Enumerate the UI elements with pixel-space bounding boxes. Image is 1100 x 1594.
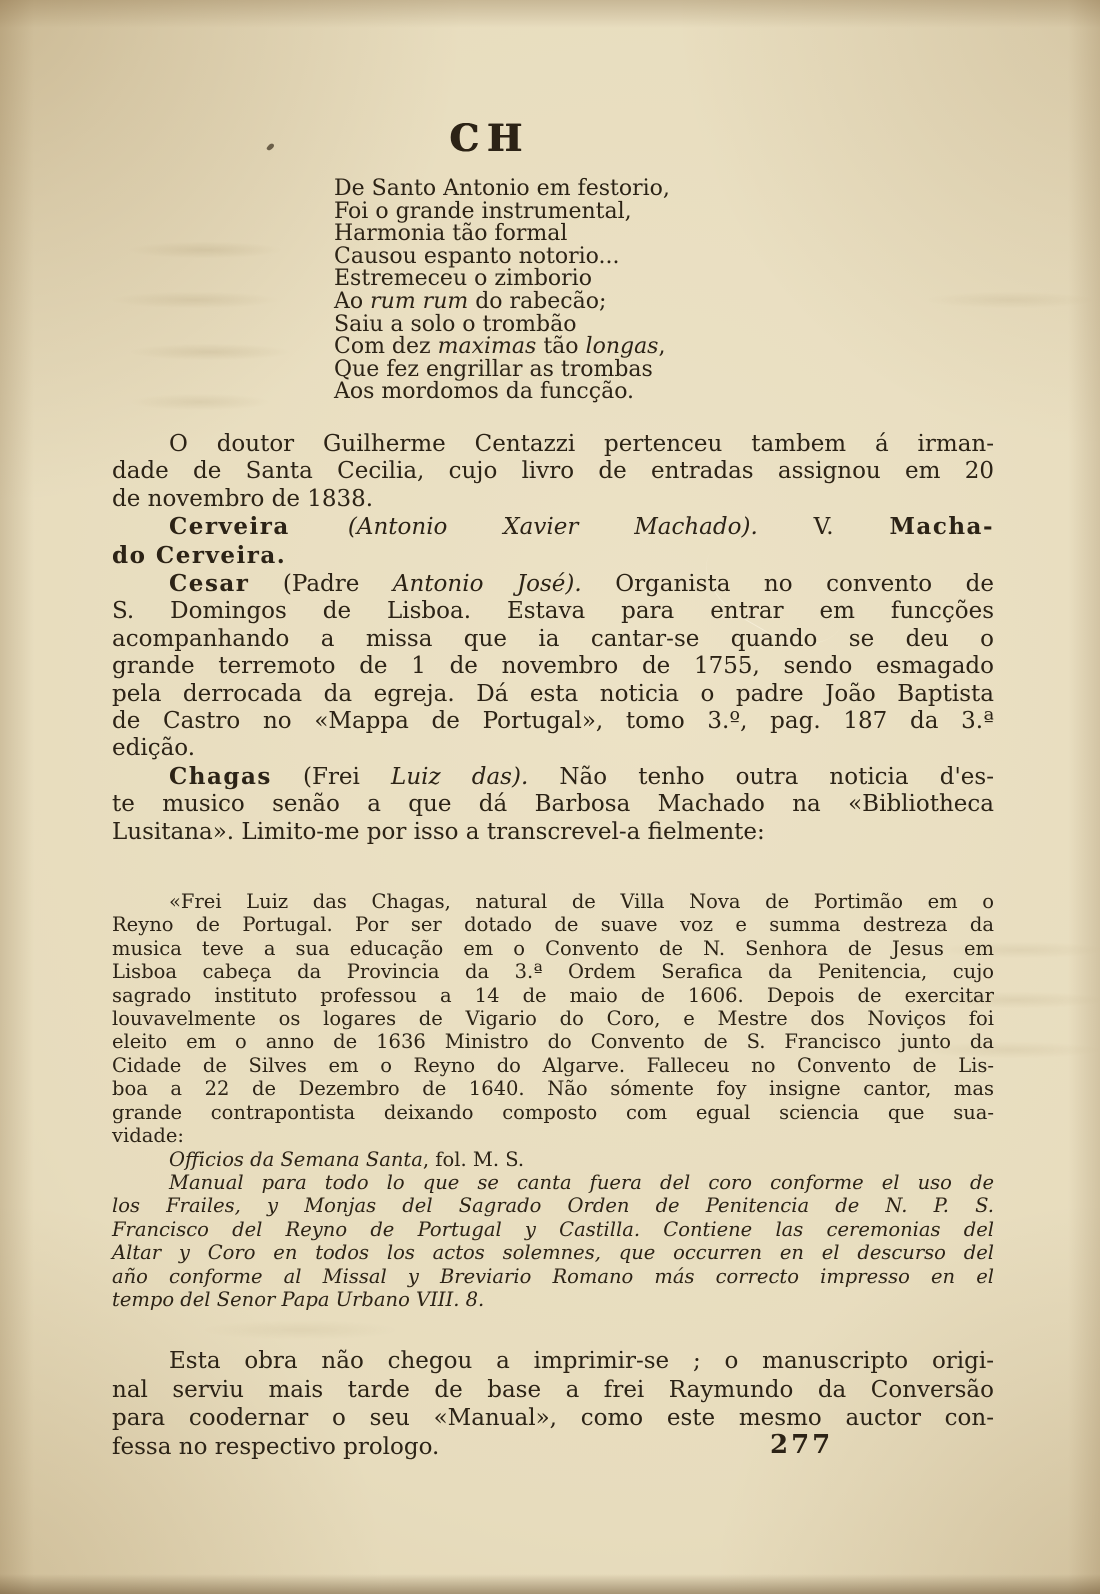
text-blocks: De Santo Antonio em festorio,Foi o grand… xyxy=(112,172,994,1461)
text-line: Altar y Coro en todos los actos solemnes… xyxy=(112,1241,994,1264)
text-run: Causou espanto notorio... xyxy=(334,244,619,269)
text-line: Com dez maximas tão longas, xyxy=(334,336,994,359)
text-run: fessa no respectivo prologo. xyxy=(112,1434,439,1460)
text-line: Lisboa cabeça da Provincia da 3.ª Ordem … xyxy=(112,960,994,983)
text-run: Macha- xyxy=(889,513,994,540)
text-line: «Frei Luiz das Chagas, natural de Villa … xyxy=(112,890,994,913)
text-run: Altar y Coro en todos los actos solemnes… xyxy=(112,1241,994,1264)
text-run: «Frei Luiz das Chagas, natural de Villa … xyxy=(169,890,994,913)
text-line: Officios da Semana Santa, fol. M. S. xyxy=(112,1148,994,1171)
text-line: Foi o grande instrumental, xyxy=(334,201,994,224)
text-run: tão xyxy=(536,334,585,359)
text-run: , xyxy=(658,334,665,359)
text-line: año conforme al Missal y Breviario Roman… xyxy=(112,1265,994,1288)
text-line: grande contrapontista deixando composto … xyxy=(112,1101,994,1124)
text-line: vidade: xyxy=(112,1124,994,1147)
text-run: boa a 22 de Dezembro de 1640. Não sóment… xyxy=(112,1077,994,1100)
text-run: pela derrocada da egreja. Dá esta notici… xyxy=(112,681,994,707)
text-line: Harmonia tão formal xyxy=(334,223,994,246)
text-run: los Frailes, y Monjas del Sagrado Orden … xyxy=(112,1194,994,1217)
text-run: do Cerveira. xyxy=(112,542,286,569)
text-run: Reyno de Portugal. Por ser dotado de sua… xyxy=(112,913,994,936)
text-line: Cidade de Silves em o Reyno do Algarve. … xyxy=(112,1054,994,1077)
text-line: eleito em o anno de 1636 Ministro do Con… xyxy=(112,1030,994,1053)
page-number: 277 xyxy=(770,1430,833,1460)
text-run: Esta obra não chegou a imprimir-se ; o m… xyxy=(169,1348,994,1374)
text-run: Estremeceu o zimborio xyxy=(334,266,592,291)
text-run: longas xyxy=(586,334,659,359)
text-run: nal serviu mais tarde de base a frei Ray… xyxy=(112,1377,994,1403)
text-run: Cerveira xyxy=(169,513,348,540)
text-run: Francisco del Reyno de Portugal y Castil… xyxy=(112,1218,994,1241)
text-run: Foi o grande instrumental, xyxy=(334,199,632,224)
text-line: Francisco del Reyno de Portugal y Castil… xyxy=(112,1218,994,1241)
text-line: Ao rum rum do rabecão; xyxy=(334,291,994,314)
text-run: maximas xyxy=(438,334,537,359)
text-run: S. Domingos de Lisboa. Estava para entra… xyxy=(112,598,994,624)
text-line: boa a 22 de Dezembro de 1640. Não sóment… xyxy=(112,1077,994,1100)
poem-verse: De Santo Antonio em festorio,Foi o grand… xyxy=(334,178,994,404)
text-line: dade de Santa Cecilia, cujo livro de ent… xyxy=(112,458,994,485)
text-run: Que fez engrillar as trombas xyxy=(334,357,653,382)
text-line: acompanhando a missa que ia cantar-se qu… xyxy=(112,626,994,653)
text-line: nal serviu mais tarde de base a frei Ray… xyxy=(112,1376,994,1405)
text-run: Antonio José). xyxy=(393,571,582,597)
text-run: (Frei xyxy=(272,764,391,790)
text-line: Reyno de Portugal. Por ser dotado de sua… xyxy=(112,913,994,936)
text-line: fessa no respectivo prologo. xyxy=(112,1433,994,1462)
entry-cesar: Cesar (Padre Antonio José). Organista no… xyxy=(112,570,994,763)
text-run: Saiu a solo o trombão xyxy=(334,312,576,337)
text-run: Cesar xyxy=(169,570,249,597)
entry-chagas: Chagas (Frei Luiz das). Não tenho outra … xyxy=(112,763,994,846)
text-run: Manual para todo lo que se canta fuera d… xyxy=(169,1171,994,1194)
text-run: acompanhando a missa que ia cantar-se qu… xyxy=(112,626,994,652)
text-run: Aos mordomos da funcção. xyxy=(334,379,634,404)
text-run: Harmonia tão formal xyxy=(334,221,567,246)
text-run: Chagas xyxy=(169,763,272,790)
text-run: te musico senão a que dá Barbosa Machado… xyxy=(112,791,994,817)
text-run: eleito em o anno de 1636 Ministro do Con… xyxy=(112,1030,994,1053)
text-line: Estremeceu o zimborio xyxy=(334,268,994,291)
text-run: Officios da Semana Santa xyxy=(169,1148,423,1171)
text-run: Organista no convento de xyxy=(582,571,994,597)
text-line: sagrado instituto professou a 14 de maio… xyxy=(112,984,994,1007)
text-run: Ao xyxy=(334,289,370,314)
text-run: Cidade de Silves em o Reyno do Algarve. … xyxy=(112,1054,994,1077)
text-run: grande terremoto de 1 de novembro de 175… xyxy=(112,653,994,679)
text-run: , fol. M. S. xyxy=(423,1148,524,1171)
text-run: (Padre xyxy=(249,571,392,597)
text-run: sagrado instituto professou a 14 de maio… xyxy=(112,984,994,1007)
text-run: (Antonio Xavier Machado). xyxy=(348,514,758,540)
text-run: para coodernar o seu «Manual», como este… xyxy=(112,1405,994,1431)
text-run: De Santo Antonio em festorio, xyxy=(334,176,670,201)
works-manual: Manual para todo lo que se canta fuera d… xyxy=(112,1171,994,1311)
text-run: dade de Santa Cecilia, cujo livro de ent… xyxy=(112,458,994,484)
text-run: louvavelmente os logares de Vigario do C… xyxy=(112,1007,994,1030)
text-line: Manual para todo lo que se canta fuera d… xyxy=(112,1171,994,1194)
text-line: te musico senão a que dá Barbosa Machado… xyxy=(112,791,994,818)
paragraph-conclusion: Esta obra não chegou a imprimir-se ; o m… xyxy=(112,1347,994,1461)
text-run: Com dez xyxy=(334,334,438,359)
text-run: O doutor Guilherme Centazzi pertenceu ta… xyxy=(169,431,994,457)
text-line: Chagas (Frei Luiz das). Não tenho outra … xyxy=(112,763,994,791)
text-line: tempo del Senor Papa Urbano VIII. 8. xyxy=(112,1288,994,1311)
text-line: S. Domingos de Lisboa. Estava para entra… xyxy=(112,598,994,625)
text-run: edição. xyxy=(112,735,195,761)
text-line: pela derrocada da egreja. Dá esta notici… xyxy=(112,681,994,708)
text-line: Lusitana». Limito-me por isso a transcre… xyxy=(112,819,994,846)
text-run: do rabecão; xyxy=(468,289,606,314)
text-line: O doutor Guilherme Centazzi pertenceu ta… xyxy=(112,431,994,458)
works-officios: Officios da Semana Santa, fol. M. S. xyxy=(112,1148,994,1171)
text-run: tempo del Senor Papa Urbano VIII. 8. xyxy=(112,1288,484,1311)
text-line: para coodernar o seu «Manual», como este… xyxy=(112,1404,994,1433)
text-line: grande terremoto de 1 de novembro de 175… xyxy=(112,653,994,680)
text-line: Esta obra não chegou a imprimir-se ; o m… xyxy=(112,1347,994,1376)
text-run: Luiz das). xyxy=(391,764,528,790)
text-run: vidade: xyxy=(112,1124,184,1147)
text-line: Cerveira (Antonio Xavier Machado). V. Ma… xyxy=(112,513,994,541)
text-run: grande contrapontista deixando composto … xyxy=(112,1101,994,1124)
text-line: edição. xyxy=(112,735,994,762)
section-header: CH xyxy=(0,116,1040,160)
text-line: de novembro de 1838. xyxy=(112,486,994,513)
text-line: De Santo Antonio em festorio, xyxy=(334,178,994,201)
text-run: rum rum xyxy=(370,289,468,314)
text-run: musica teve a sua educação em o Convento… xyxy=(112,937,994,960)
text-run: de novembro de 1838. xyxy=(112,486,373,512)
paragraph-centazzi: O doutor Guilherme Centazzi pertenceu ta… xyxy=(112,431,994,513)
text-line: de Castro no «Mappa de Portugal», tomo 3… xyxy=(112,708,994,735)
text-line: louvavelmente os logares de Vigario do C… xyxy=(112,1007,994,1030)
text-run: V. xyxy=(758,514,890,540)
text-line: los Frailes, y Monjas del Sagrado Orden … xyxy=(112,1194,994,1217)
quote-bibliotheca-lusitana: «Frei Luiz das Chagas, natural de Villa … xyxy=(112,890,994,1147)
entry-cerveira: Cerveira (Antonio Xavier Machado). V. Ma… xyxy=(112,513,994,570)
text-line: Cesar (Padre Antonio José). Organista no… xyxy=(112,570,994,598)
text-run: Não tenho outra noticia d'es- xyxy=(528,764,994,790)
text-line: do Cerveira. xyxy=(112,542,994,570)
text-line: Que fez engrillar as trombas xyxy=(334,359,994,382)
text-run: Lusitana». Limito-me por isso a transcre… xyxy=(112,819,765,845)
text-line: musica teve a sua educação em o Convento… xyxy=(112,937,994,960)
text-line: Causou espanto notorio... xyxy=(334,246,994,269)
text-line: Saiu a solo o trombão xyxy=(334,314,994,337)
text-line: Aos mordomos da funcção. xyxy=(334,381,994,404)
text-run: Lisboa cabeça da Provincia da 3.ª Ordem … xyxy=(112,960,994,983)
text-run: año conforme al Missal y Breviario Roman… xyxy=(112,1265,994,1288)
book-page: CH De Santo Antonio em festorio,Foi o gr… xyxy=(0,0,1100,1594)
text-run: de Castro no «Mappa de Portugal», tomo 3… xyxy=(112,708,994,734)
